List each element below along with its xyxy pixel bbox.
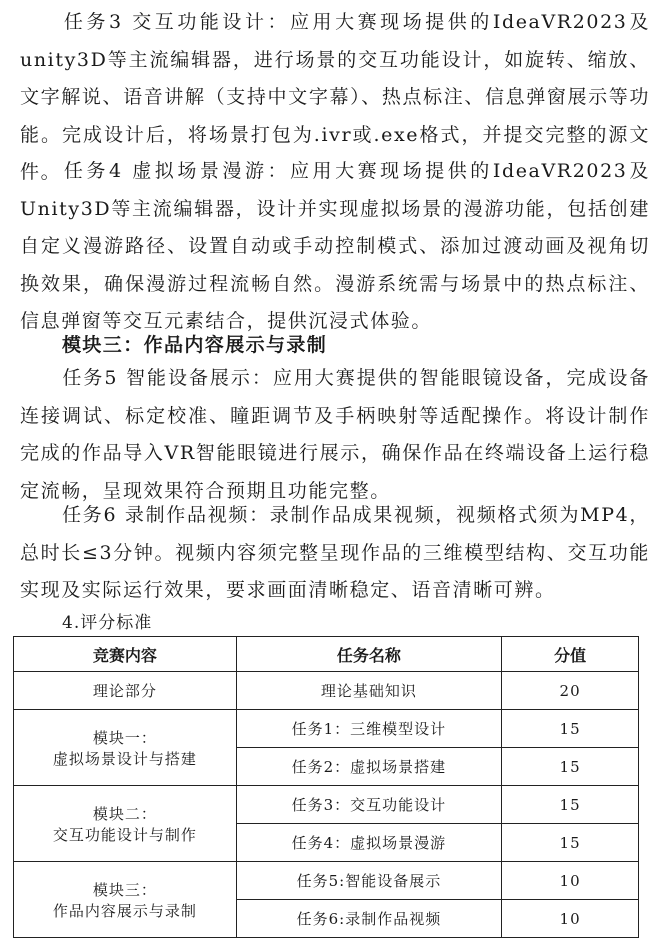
paragraph-task6: 任务6 录制作品视频：录制作品成果视频，视频格式须为MP4，总时长≤3分钟。视频… bbox=[20, 497, 650, 610]
table-row: 模块一：虚拟场景设计与搭建 任务1：三维模型设计 15 bbox=[14, 710, 639, 748]
cell-score: 15 bbox=[502, 824, 639, 862]
module-line2: 作品内容展示与录制 bbox=[53, 902, 197, 920]
cell-module: 模块二：交互功能设计与制作 bbox=[14, 786, 237, 862]
cell-score: 10 bbox=[502, 862, 639, 900]
cell-score: 10 bbox=[502, 900, 639, 938]
table-row: 模块二：交互功能设计与制作 任务3：交互功能设计 15 bbox=[14, 786, 639, 824]
cell-module: 模块三：作品内容展示与录制 bbox=[14, 862, 237, 938]
module-line1: 模块一： bbox=[93, 729, 157, 747]
cell-score: 15 bbox=[502, 748, 639, 786]
header-content: 竞赛内容 bbox=[14, 637, 237, 672]
cell-task: 任务3：交互功能设计 bbox=[236, 786, 502, 824]
module-line1: 模块二： bbox=[93, 805, 157, 823]
cell-task: 任务2：虚拟场景搭建 bbox=[236, 748, 502, 786]
section-title: 4.评分标准 bbox=[62, 608, 152, 633]
paragraph-text: 任务6 录制作品视频：录制作品成果视频，视频格式须为MP4，总时长≤3分钟。视频… bbox=[20, 504, 650, 601]
paragraph-task4: 任务4 虚拟场景漫游：应用大赛现场提供的IdeaVR2023及Unity3D等主… bbox=[20, 153, 650, 341]
module-line2: 交互功能设计与制作 bbox=[53, 826, 197, 844]
cell-task: 理论基础知识 bbox=[236, 672, 502, 710]
table-row: 模块三：作品内容展示与录制 任务5:智能设备展示 10 bbox=[14, 862, 639, 900]
cell-score: 15 bbox=[502, 786, 639, 824]
scoring-table: 竞赛内容 任务名称 分值 理论部分 理论基础知识 20 模块一：虚拟场景设计与搭… bbox=[13, 636, 639, 938]
table-header-row: 竞赛内容 任务名称 分值 bbox=[14, 637, 639, 672]
cell-task: 任务5:智能设备展示 bbox=[236, 862, 502, 900]
cell-module: 模块一：虚拟场景设计与搭建 bbox=[14, 710, 237, 786]
module3-heading: 模块三：作品内容展示与录制 bbox=[62, 330, 327, 357]
cell-task: 任务1：三维模型设计 bbox=[236, 710, 502, 748]
paragraph-text: 任务4 虚拟场景漫游：应用大赛现场提供的IdeaVR2023及Unity3D等主… bbox=[20, 160, 650, 332]
module-line1: 模块三： bbox=[93, 881, 157, 899]
cell-task: 任务6:录制作品视频 bbox=[236, 900, 502, 938]
cell-score: 20 bbox=[502, 672, 639, 710]
cell-task: 任务4：虚拟场景漫游 bbox=[236, 824, 502, 862]
cell-score: 15 bbox=[502, 710, 639, 748]
table-row: 理论部分 理论基础知识 20 bbox=[14, 672, 639, 710]
cell-content: 理论部分 bbox=[14, 672, 237, 710]
header-score: 分值 bbox=[502, 637, 639, 672]
paragraph-text: 任务5 智能设备展示：应用大赛提供的智能眼镜设备，完成设备连接调试、标定校准、瞳… bbox=[20, 367, 650, 502]
header-task: 任务名称 bbox=[236, 637, 502, 672]
module-line2: 虚拟场景设计与搭建 bbox=[53, 750, 197, 768]
paragraph-task5: 任务5 智能设备展示：应用大赛提供的智能眼镜设备，完成设备连接调试、标定校准、瞳… bbox=[20, 360, 650, 510]
